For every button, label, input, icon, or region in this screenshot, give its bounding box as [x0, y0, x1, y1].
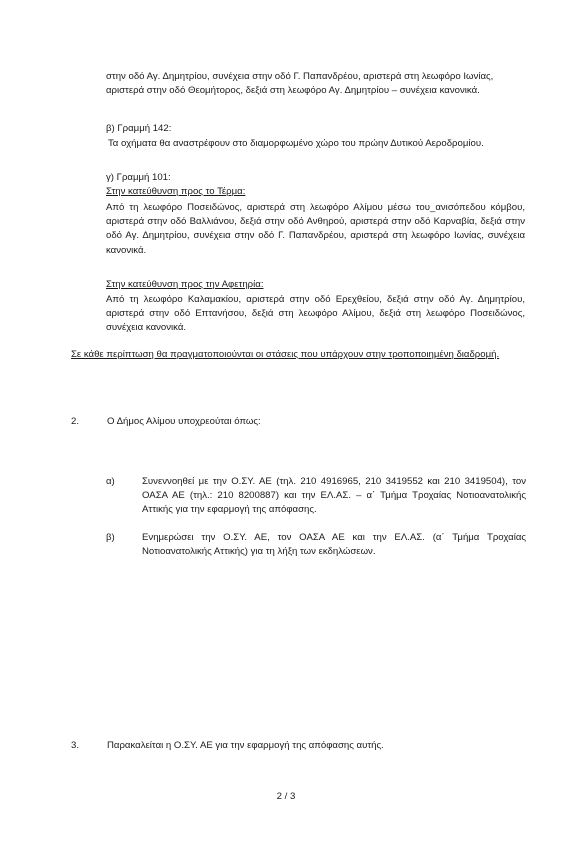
route-continuation-line: στην οδό Αγ. Δημητρίου, συνέχεια στην οδ… [106, 70, 525, 84]
line-142-heading: β) Γραμμή 142: [106, 122, 525, 136]
item-number: 3. [71, 739, 79, 753]
stops-note: Σε κάθε περίπτωση θα πραγματοποιούνται ο… [71, 348, 526, 362]
route-continuation-line: αριστερά στην οδό Θεομήτορος, δεξιά στη … [106, 84, 525, 98]
item-number: 2. [71, 415, 79, 429]
item-text: Παρακαλείται η Ο.ΣΥ. ΑΕ για την εφαρμογή… [107, 739, 384, 753]
sub-item-text: Ενημερώσει την Ο.ΣΥ. ΑΕ, τον ΟΑΣΑ ΑΕ και… [142, 531, 526, 559]
line-101-heading: γ) Γραμμή 101: [106, 171, 525, 185]
direction-terminal-text: Από τη λεωφόρο Ποσειδώνος, αριστερά στη … [106, 201, 525, 258]
direction-terminal-heading: Στην κατεύθυνση προς το Τέρμα: [106, 185, 525, 199]
sub-item-marker: α) [106, 475, 115, 489]
sub-item-text: Συνεννοηθεί με την Ο.ΣΥ. ΑΕ (τηλ. 210 49… [142, 475, 526, 518]
sub-item-marker: β) [106, 531, 115, 545]
page-number: 2 / 3 [0, 790, 572, 804]
line-142-text: Τα οχήματα θα αναστρέφουν στο διαμορφωμέ… [108, 137, 527, 151]
item-text: Ο Δήμος Αλίμου υποχρεούται όπως: [107, 415, 261, 429]
direction-start-heading: Στην κατεύθυνση προς την Αφετηρία: [106, 278, 525, 292]
route-continuation: στην οδό Αγ. Δημητρίου, συνέχεια στην οδ… [106, 70, 525, 98]
direction-start-text: Από τη λεωφόρο Καλαμακίου, αριστερά στην… [106, 293, 525, 336]
